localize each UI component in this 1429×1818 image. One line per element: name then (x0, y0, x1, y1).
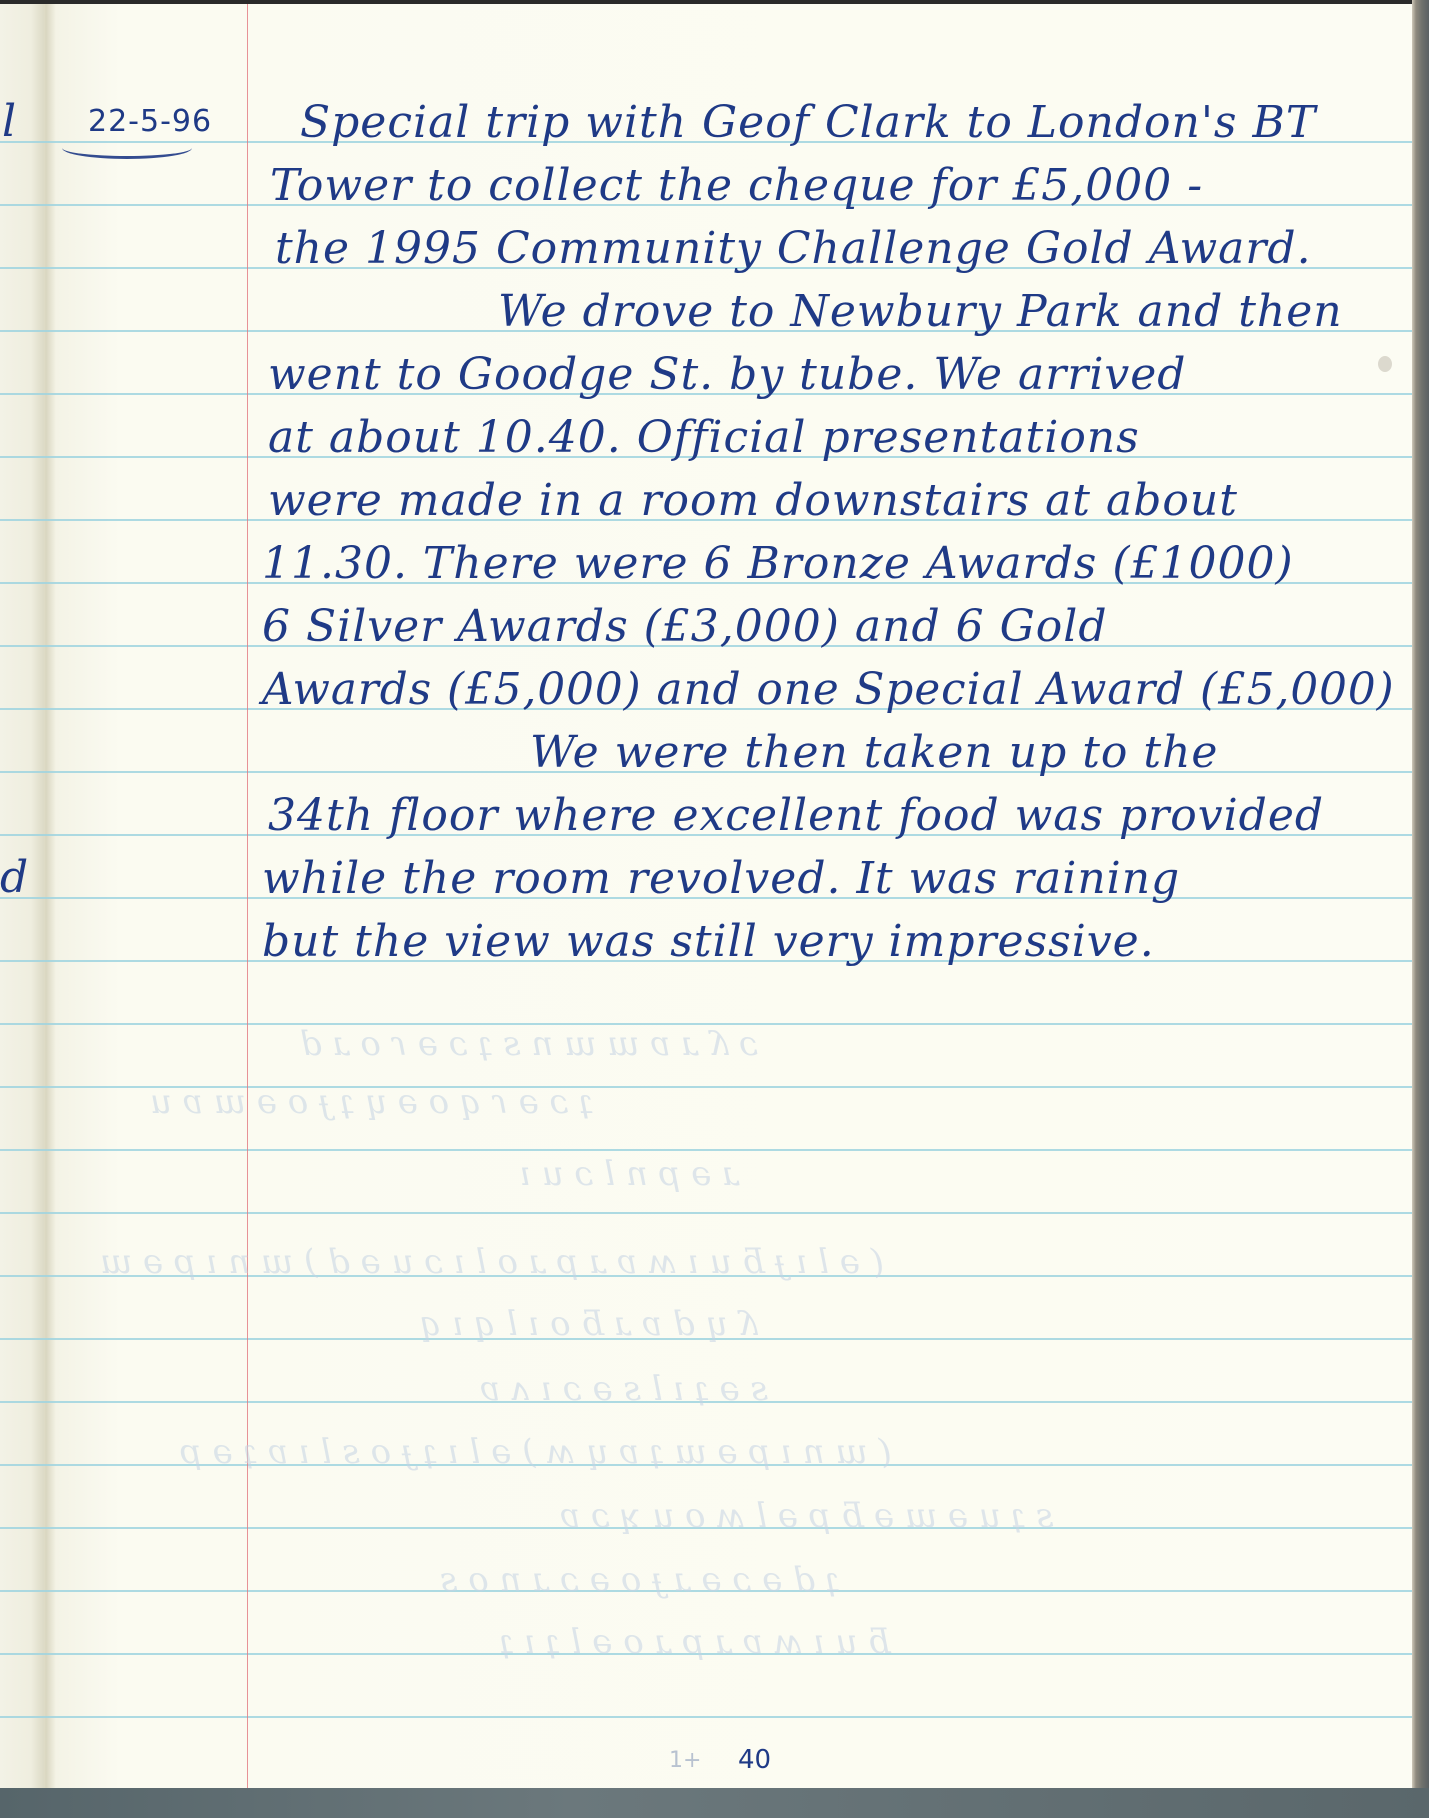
bleed-through-text: s ǝ ʇ ı l s ǝ ɔ ı ʌ ɐ (480, 1369, 768, 1409)
handwritten-line-11: We were then taken up to the (530, 731, 1218, 775)
bleed-through-text: ʎ ɥ d ɐ ɹ ƃ o ı l q ı q (420, 1304, 757, 1344)
bleed-through-text: ɔ ʎ ɹ ɐ ɯ ɯ n s ʇ ɔ ǝ ɾ o ɹ d (300, 1024, 758, 1064)
margin-mark: d (0, 852, 28, 903)
page-stack-edge (1412, 0, 1429, 1818)
bleed-through-text: s ʇ u ǝ ɯ ǝ ƃ p ǝ l ʍ o u ʞ ɔ ɐ (560, 1496, 1054, 1536)
ruled-line (0, 1212, 1412, 1214)
notebook-page: ɔ ʎ ɹ ɐ ɯ ɯ n s ʇ ɔ ǝ ɾ o ɹ d ʇ ɔ ǝ ɾ q … (0, 4, 1412, 1790)
handwritten-line-12: 34th floor where excellent food was prov… (268, 794, 1324, 838)
bleed-through-text: ƃ u ı ʍ ɐ ɹ p ɹ o ǝ l ʇ ı ʇ (500, 1622, 890, 1662)
handwritten-line-10: Awards (£5,000) and one Special Award (£… (262, 668, 1395, 712)
scanner-background (0, 1788, 1429, 1818)
date-underline (62, 148, 192, 159)
handwritten-line-1: Special trip with Geof Clark to London's… (300, 101, 1316, 145)
bleed-through-text: ɹ ǝ p n l ɔ u ı (520, 1154, 739, 1194)
handwritten-line-14: but the view was still very impressive. (262, 920, 1155, 964)
handwritten-line-9: 6 Silver Awards (£3,000) and 6 Gold (262, 605, 1108, 649)
scanned-notebook: ɔ ʎ ɹ ɐ ɯ ɯ n s ʇ ɔ ǝ ɾ o ɹ d ʇ ɔ ǝ ɾ q … (0, 0, 1429, 1818)
handwritten-line-8: 11.30. There were 6 Bronze Awards (£1000… (262, 542, 1294, 586)
handwritten-line-7: were made in a room downstairs at about (268, 479, 1238, 523)
bleed-through-text: ʇ ɔ ǝ ɾ q o ǝ ɥ ʇ ɟ o ǝ ɯ ɐ u (150, 1082, 593, 1122)
faint-page-number: 1+ (669, 1748, 701, 1773)
handwritten-line-3: the 1995 Community Challenge Gold Award. (275, 227, 1312, 271)
ruled-line (0, 1149, 1412, 1151)
handwritten-line-5: went to Goodge St. by tube. We arrived (268, 353, 1186, 397)
red-margin-line (247, 4, 248, 1790)
page-number: 40 (738, 1745, 771, 1775)
handwritten-line-2: Tower to collect the cheque for £5,000 - (270, 164, 1203, 208)
paper-stain (1378, 356, 1392, 372)
handwritten-line-6: at about 10.40. Official presentations (268, 416, 1140, 460)
bleed-through-text: ʇ d ǝ ɔ ǝ ɹ ɟ o ǝ ɔ ɹ n o s (440, 1560, 839, 1600)
entry-date: 22-5-96 (88, 104, 212, 139)
bleed-through-text: ( ɯ n ı p ǝ ɯ ʇ ɐ ɥ ʍ ) ǝ l ı ʇ ɟ o s l … (180, 1432, 892, 1472)
handwritten-line-4: We drove to Newbury Park and then (498, 290, 1343, 334)
bleed-through-text: ( ǝ l ı ɟ ƃ u ı ʍ ɐ ɹ p ɹ o l ı ɔ u ǝ d … (100, 1242, 884, 1282)
ruled-line (0, 1716, 1412, 1718)
handwritten-line-13: while the room revolved. It was raining (262, 857, 1180, 901)
margin-mark: l (2, 96, 16, 147)
